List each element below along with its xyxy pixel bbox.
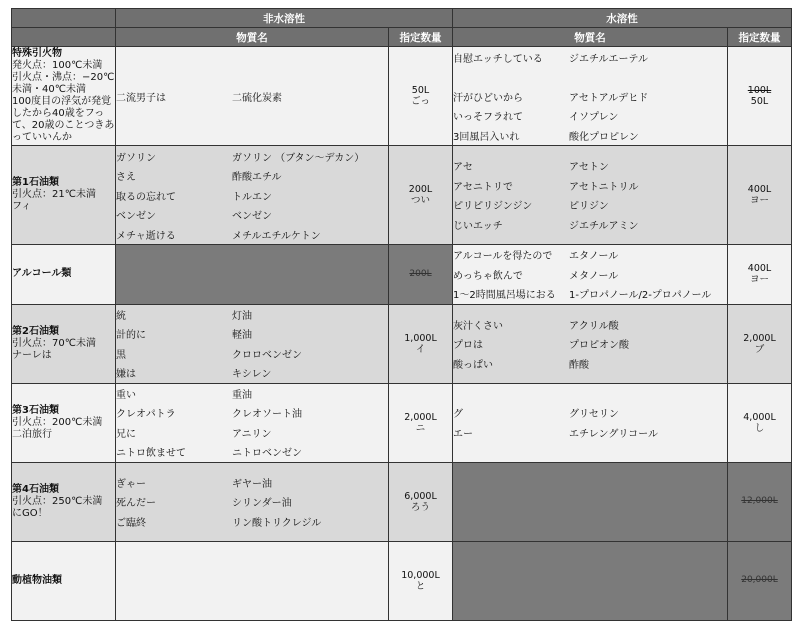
list-item: ガソリンガソリン （ブタン〜デカン） <box>116 146 388 166</box>
non-water-qty: 10,000Lと <box>389 541 453 620</box>
list-item: 二流男子は二硫化炭素 <box>116 86 388 106</box>
category-cell: 第2石油類 引火点：70℃未満 ナーレは <box>12 304 116 383</box>
list-item: 計的に軽油 <box>116 324 388 344</box>
list-item: エーエチレングリコール <box>453 423 727 443</box>
water-names: 灰汁くさいアクリル酸 プロはプロピオン酸 酸っぱい酢酸 <box>453 304 728 383</box>
list-item: 1〜2時間風呂場におる1-プロパノール/2-プロパノール <box>453 284 727 304</box>
non-water-names-empty <box>116 541 389 620</box>
list-item: 3回風呂入いれ酸化プロピレン <box>453 125 727 145</box>
list-item: 自慰エッチしているジエチルエーテル <box>453 47 727 67</box>
water-qty: 100L 50L <box>728 47 792 146</box>
category-desc: 引火点：200℃未満 二泊旅行 <box>12 417 102 440</box>
water-qty: 4,000Lし <box>728 383 792 462</box>
list-item: クレオパトラクレオソート油 <box>116 403 388 423</box>
category-cell: 特殊引火物 発火点：100℃未満 引火点・沸点：−20℃未満・40℃未満 100… <box>12 47 116 146</box>
table-row: 特殊引火物 発火点：100℃未満 引火点・沸点：−20℃未満・40℃未満 100… <box>12 47 792 146</box>
non-water-qty: 50Lごっ <box>389 47 453 146</box>
list-item: さえ酢酸エチル <box>116 166 388 186</box>
water-names-empty <box>453 462 728 541</box>
list-item: アセニトリでアセトニトリル <box>453 176 727 196</box>
water-qty: 20,000L <box>728 541 792 620</box>
list-item: 酸っぱい酢酸 <box>453 353 727 373</box>
non-water-qty: 200L <box>389 245 453 305</box>
list-item: ニトロ飲ませてニトロベンゼン <box>116 442 388 462</box>
non-water-names: 重い重油 クレオパトラクレオソート油 兄にアニリン ニトロ飲ませてニトロベンゼン <box>116 383 389 462</box>
list-item: ググリセリン <box>453 403 727 423</box>
table-row: 第2石油類 引火点：70℃未満 ナーレは 統灯油 計的に軽油 黒クロロベンゼン … <box>12 304 792 383</box>
non-water-names-empty <box>116 245 389 305</box>
list-item: アルコールを得たのでエタノール <box>453 245 727 265</box>
water-names-empty <box>453 541 728 620</box>
list-item: 統灯油 <box>116 305 388 325</box>
water-names: 自慰エッチしているジエチルエーテル 汗がひどいからアセトアルデヒド いっそフラれ… <box>453 47 728 146</box>
header-corner <box>12 9 116 28</box>
table-row: 動植物油類 10,000Lと 20,000L <box>12 541 792 620</box>
water-qty: 400Lヨー <box>728 245 792 305</box>
list-item: 黒クロロベンゼン <box>116 344 388 364</box>
water-qty: 12,000L <box>728 462 792 541</box>
category-title: 第2石油類 <box>12 326 115 338</box>
header-non-water: 非水溶性 <box>116 9 453 28</box>
category-desc: 引火点：21℃未満 フィ <box>12 189 96 212</box>
header-water-qty: 指定数量 <box>728 28 792 47</box>
list-item: 兄にアニリン <box>116 423 388 443</box>
category-cell: アルコール類 <box>12 245 116 305</box>
header-water-name: 物質名 <box>453 28 728 47</box>
list-item: いっそフラれてイソプレン <box>453 106 727 126</box>
list-item: 汗がひどいからアセトアルデヒド <box>453 86 727 106</box>
list-item: 灰汁くさいアクリル酸 <box>453 314 727 334</box>
non-water-names: ぎゃーギヤー油 死んだーシリンダー油 ご臨終リン酸トリクレジル <box>116 462 389 541</box>
header-water: 水溶性 <box>453 9 792 28</box>
water-names: アセアセトン アセニトリでアセトニトリル ピリピリジンジンピリジン じいエッチジ… <box>453 146 728 245</box>
list-item: ピリピリジンジンピリジン <box>453 195 727 215</box>
list-item: アセアセトン <box>453 156 727 176</box>
non-water-names: 統灯油 計的に軽油 黒クロロベンゼン 嫌はキシレン <box>116 304 389 383</box>
category-title: 第3石油類 <box>12 405 115 417</box>
category-title: 特殊引火物 <box>12 48 115 60</box>
category-title: 動植物油類 <box>12 575 115 587</box>
category-cell: 第3石油類 引火点：200℃未満 二泊旅行 <box>12 383 116 462</box>
category-desc: 発火点：100℃未満 引火点・沸点：−20℃未満・40℃未満 100度目の浮気が… <box>12 60 114 143</box>
water-qty: 400Lヨー <box>728 146 792 245</box>
table-row: 第4石油類 引火点：250℃未満 にGO！ ぎゃーギヤー油 死んだーシリンダー油… <box>12 462 792 541</box>
non-water-qty: 6,000Lろう <box>389 462 453 541</box>
header-non-water-qty: 指定数量 <box>389 28 453 47</box>
category-cell: 第4石油類 引火点：250℃未満 にGO！ <box>12 462 116 541</box>
category-desc: 引火点：250℃未満 にGO！ <box>12 496 102 519</box>
non-water-qty: 2,000Lニ <box>389 383 453 462</box>
table-row: アルコール類 200L アルコールを得たのでエタノール めっちゃ飲んでメタノール… <box>12 245 792 305</box>
water-names: ググリセリン エーエチレングリコール <box>453 383 728 462</box>
list-item: じいエッチジエチルアミン <box>453 215 727 235</box>
category-cell: 動植物油類 <box>12 541 116 620</box>
category-desc: 引火点：70℃未満 ナーレは <box>12 338 96 361</box>
category-title: 第4石油類 <box>12 484 115 496</box>
water-qty: 2,000Lブ <box>728 304 792 383</box>
list-item: ぎゃーギヤー油 <box>116 472 388 492</box>
list-item: 重い重油 <box>116 384 388 404</box>
hazmat-table: 非水溶性 水溶性 物質名 指定数量 物質名 指定数量 特殊引火物 発火点：100… <box>11 8 792 621</box>
non-water-qty: 1,000Lイ <box>389 304 453 383</box>
list-item: めっちゃ飲んでメタノール <box>453 265 727 285</box>
non-water-qty: 200Lつい <box>389 146 453 245</box>
list-item: メチャ逝けるメチルエチルケトン <box>116 224 388 244</box>
table-row: 第3石油類 引火点：200℃未満 二泊旅行 重い重油 クレオパトラクレオソート油… <box>12 383 792 462</box>
category-title: アルコール類 <box>12 268 115 280</box>
list-item: 嫌はキシレン <box>116 363 388 383</box>
non-water-names: ガソリンガソリン （ブタン〜デカン） さえ酢酸エチル 取るの忘れてトルエン ベン… <box>116 146 389 245</box>
header-non-water-name: 物質名 <box>116 28 389 47</box>
list-item: 取るの忘れてトルエン <box>116 185 388 205</box>
list-item: 死んだーシリンダー油 <box>116 492 388 512</box>
list-item: プロはプロピオン酸 <box>453 334 727 354</box>
list-item <box>453 67 727 87</box>
header-corner-2 <box>12 28 116 47</box>
category-title: 第1石油類 <box>12 177 115 189</box>
list-item: ご臨終リン酸トリクレジル <box>116 511 388 531</box>
water-names: アルコールを得たのでエタノール めっちゃ飲んでメタノール 1〜2時間風呂場におる… <box>453 245 728 305</box>
table-row: 第1石油類 引火点：21℃未満 フィ ガソリンガソリン （ブタン〜デカン） さえ… <box>12 146 792 245</box>
list-item: ベンゼンベンゼン <box>116 205 388 225</box>
non-water-names: 二流男子は二硫化炭素 <box>116 47 389 146</box>
category-cell: 第1石油類 引火点：21℃未満 フィ <box>12 146 116 245</box>
